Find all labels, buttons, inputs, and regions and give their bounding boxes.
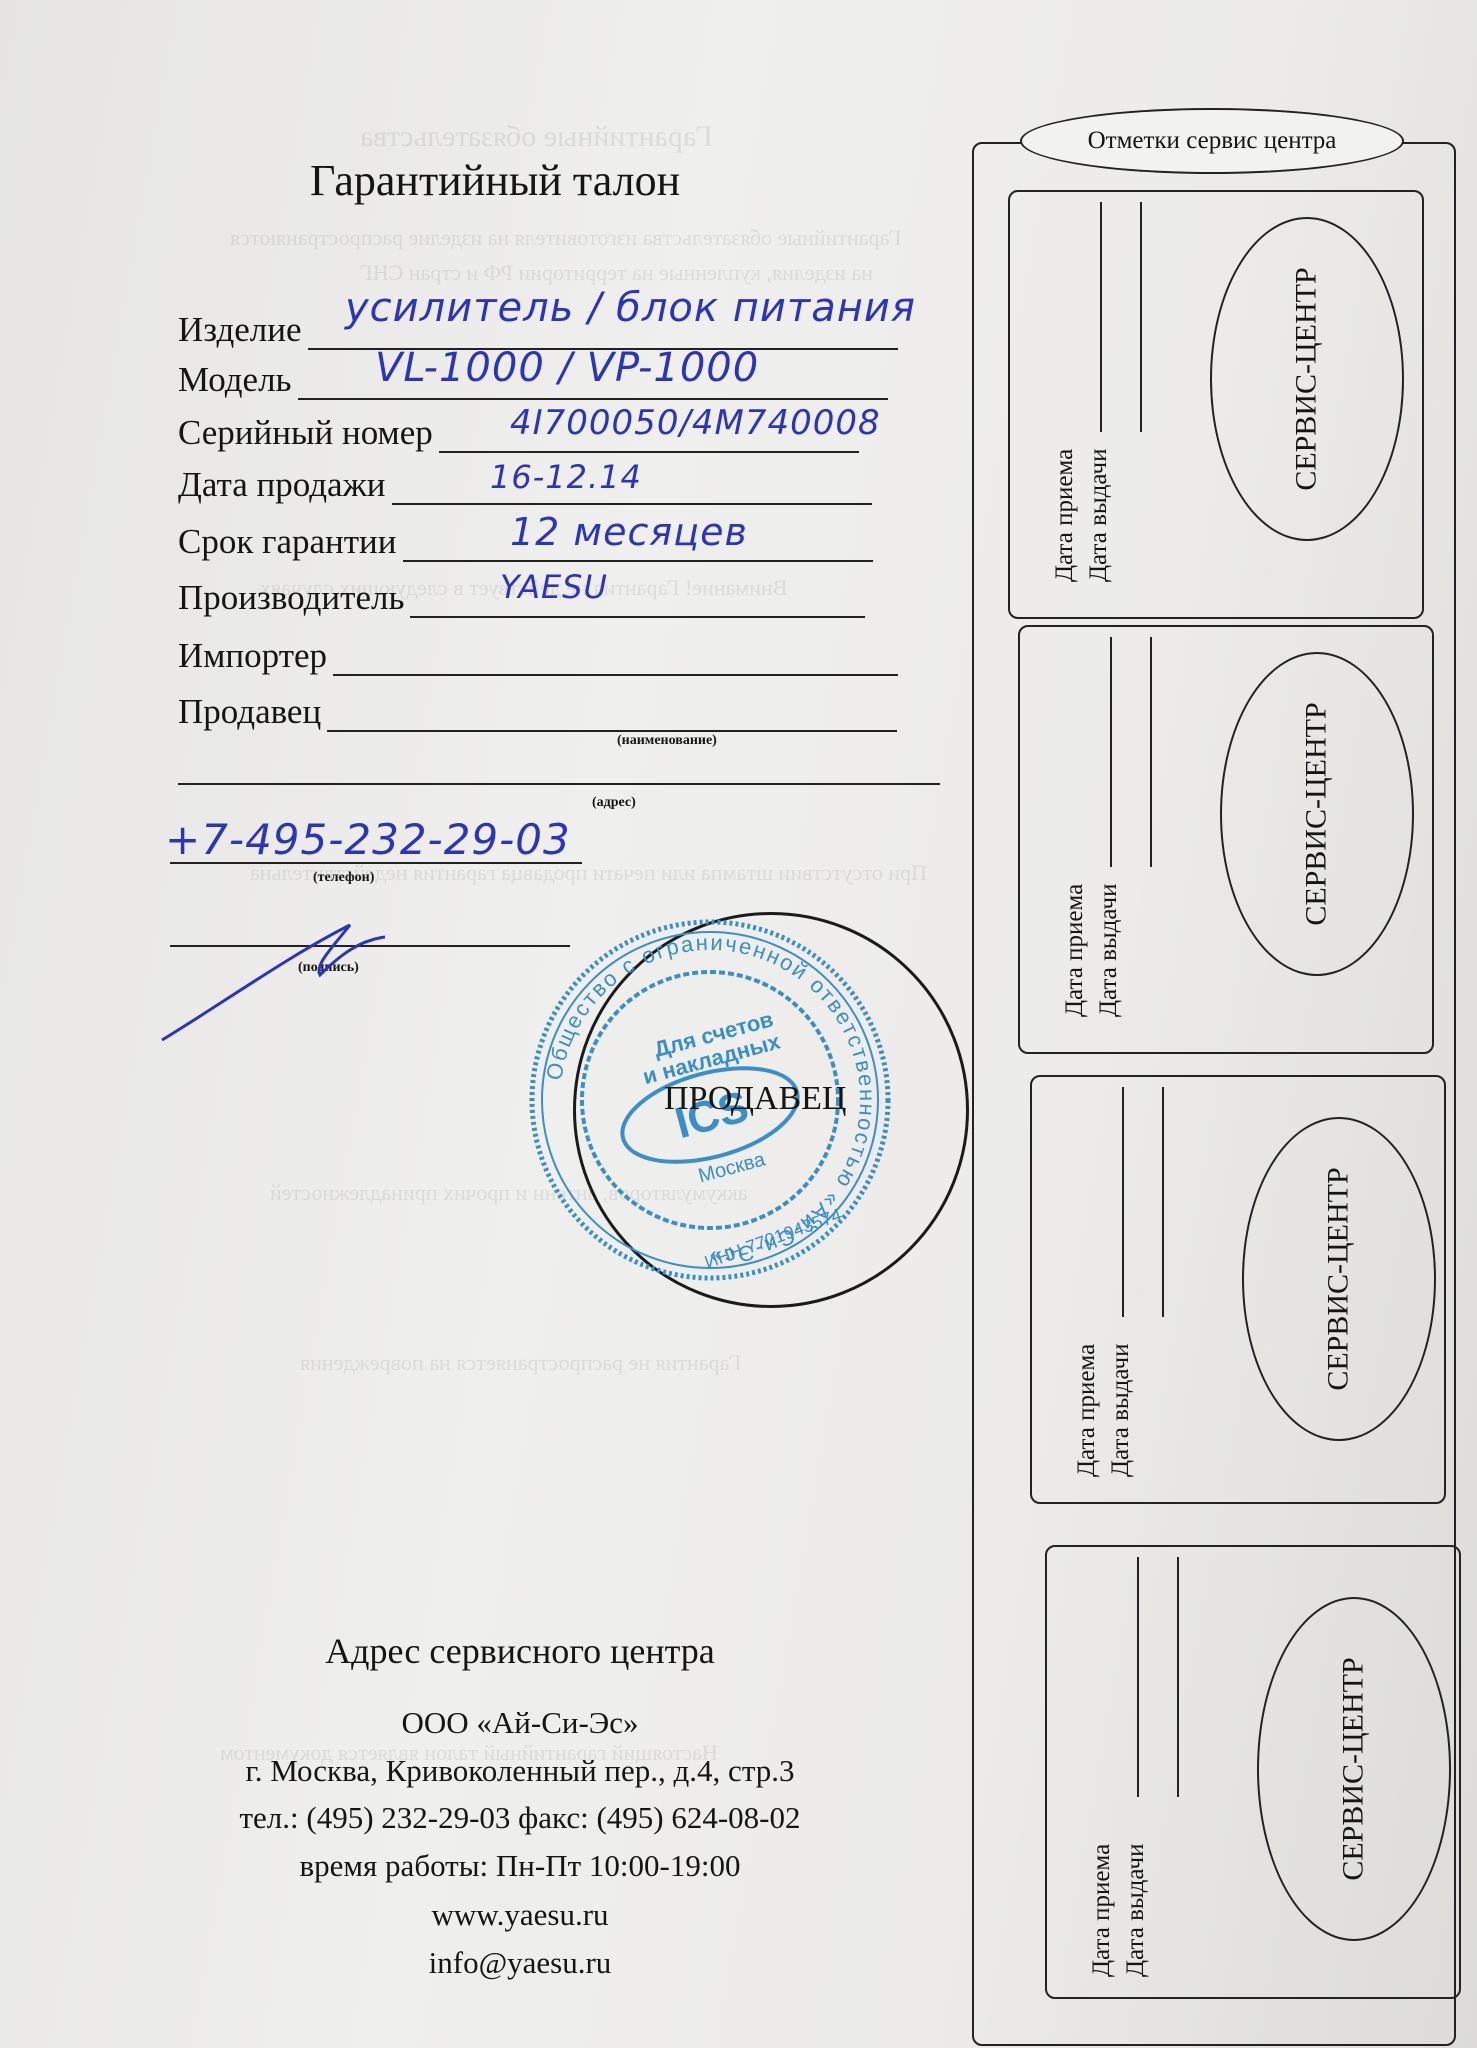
service-address-line: тел.: (495) 232-29-03 факс: (495) 624-08… — [170, 1800, 870, 1836]
date-issued-label: Дата выдачи — [1119, 1844, 1153, 1977]
bleed-through-text: на изделия, купленные на территории РФ и… — [360, 260, 873, 286]
field-label: Производитель — [178, 578, 404, 618]
date-issued-label: Дата выдачи — [1082, 449, 1116, 582]
date-issued-line[interactable] — [1162, 1087, 1164, 1317]
field-label: Импортер — [178, 636, 327, 676]
bleed-through-text: Гарантийные обязательства — [360, 120, 713, 154]
service-center-header: Отметки сервис центра — [1020, 108, 1404, 174]
service-box-labels: Дата приема Дата выдачи — [1070, 1344, 1138, 1477]
field-label: Дата продажи — [178, 465, 386, 505]
service-box-labels: Дата приема Дата выдачи — [1048, 449, 1116, 582]
service-box-2[interactable]: Дата приема Дата выдачи СЕРВИС-ЦЕНТР — [1018, 625, 1434, 1054]
phone-value: +7-495-232-29-03 — [165, 815, 571, 864]
date-received-line[interactable] — [1100, 202, 1102, 432]
field-value-serial: 4I700050/4M740008 — [510, 403, 881, 443]
date-issued-label: Дата выдачи — [1104, 1344, 1138, 1477]
field-value-warranty: 12 месяцев — [510, 510, 748, 554]
date-issued-line[interactable] — [1140, 202, 1142, 432]
date-issued-label: Дата выдачи — [1092, 884, 1126, 1017]
address-line[interactable] — [178, 783, 940, 785]
service-address-line: время работы: Пн-Пт 10:00-19:00 — [170, 1848, 870, 1884]
field-label: Изделие — [178, 310, 302, 350]
date-received-label: Дата приема — [1058, 884, 1092, 1017]
field-label: Модель — [178, 360, 292, 400]
date-issued-line[interactable] — [1150, 637, 1152, 867]
field-seller: Продавец — [178, 692, 897, 732]
service-stamp-oval: СЕРВИС-ЦЕНТР — [1242, 1117, 1436, 1441]
service-stamp-oval: СЕРВИС-ЦЕНТР — [1257, 1597, 1451, 1941]
date-received-label: Дата приема — [1048, 449, 1082, 582]
service-center-header-text: Отметки сервис центра — [1088, 127, 1337, 155]
date-received-label: Дата приема — [1085, 1844, 1119, 1977]
date-received-line[interactable] — [1122, 1087, 1124, 1317]
document-title: Гарантийный талон — [310, 155, 680, 206]
field-label: Серийный номер — [178, 413, 433, 453]
bleed-through-text: Гарантийные обязательства изготовителя н… — [230, 225, 902, 251]
date-received-line[interactable] — [1137, 1557, 1139, 1797]
service-box-4[interactable]: Дата приема Дата выдачи СЕРВИС-ЦЕНТР — [1045, 1545, 1461, 1999]
service-box-3[interactable]: Дата приема Дата выдачи СЕРВИС-ЦЕНТР — [1030, 1075, 1446, 1504]
field-value-manufacturer: YAESU — [500, 568, 608, 606]
seller-stamp-label: ПРОДАВЕЦ — [664, 1080, 846, 1118]
field-line[interactable] — [327, 696, 897, 732]
phone-line[interactable] — [170, 862, 582, 864]
field-value-sale-date: 16-12.14 — [490, 458, 642, 496]
service-address-heading: Адрес сервисного центра — [170, 1630, 870, 1672]
caption-address: (адрес) — [592, 795, 636, 811]
bleed-through-text: Гарантия не распространяется на поврежде… — [300, 1350, 742, 1376]
field-label: Продавец — [178, 692, 321, 732]
field-line[interactable] — [410, 582, 865, 618]
service-email[interactable]: info@yaesu.ru — [170, 1945, 870, 1981]
field-value-product: усилитель / блок питания — [345, 285, 916, 331]
field-value-model: VL-1000 / VP-1000 — [375, 345, 759, 391]
service-stamp-oval: СЕРВИС-ЦЕНТР — [1210, 217, 1404, 541]
service-website[interactable]: www.yaesu.ru — [170, 1897, 870, 1933]
service-box-labels: Дата приема Дата выдачи — [1058, 884, 1126, 1017]
caption-phone: (телефон) — [313, 870, 374, 886]
service-address-line: г. Москва, Кривоколенный пер., д.4, стр.… — [170, 1753, 870, 1789]
caption-name: (наименование) — [617, 733, 717, 749]
service-box-labels: Дата приема Дата выдачи — [1085, 1844, 1153, 1977]
service-stamp-oval: СЕРВИС-ЦЕНТР — [1220, 652, 1414, 976]
service-box-1[interactable]: Дата приема Дата выдачи СЕРВИС-ЦЕНТР — [1008, 190, 1424, 619]
date-issued-line[interactable] — [1177, 1557, 1179, 1797]
signature-scribble — [150, 895, 430, 1055]
field-importer: Импортер — [178, 636, 898, 676]
date-received-line[interactable] — [1110, 637, 1112, 867]
field-line[interactable] — [333, 640, 898, 676]
service-address-line: ООО «Ай-Си-Эс» — [170, 1705, 870, 1741]
field-label: Срок гарантии — [178, 522, 397, 562]
date-received-label: Дата приема — [1070, 1344, 1104, 1477]
